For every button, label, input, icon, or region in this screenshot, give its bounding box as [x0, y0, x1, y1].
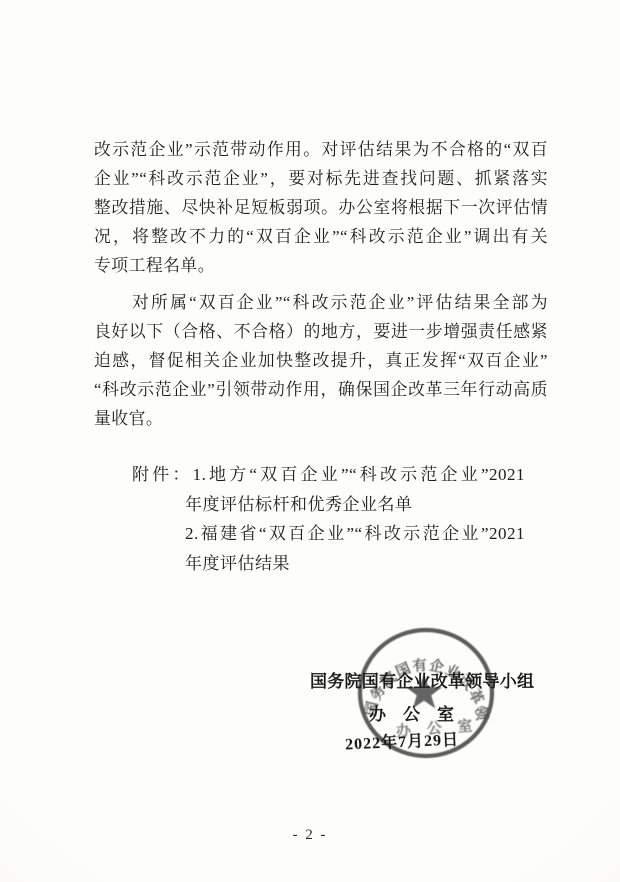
- body-line: 良好以下（合格、不合格）的地方，要进一步增强责任感紧: [94, 317, 548, 346]
- attachment-item-1: 附件：1.地方“双百企业”“科改示范企业”2021: [132, 460, 525, 490]
- attachment-item-1-cont: 年度评估标杆和优秀企业名单: [132, 490, 525, 520]
- body-line: 对所属“双百企业”“科改示范企业”评估结果全部为: [94, 288, 548, 317]
- attachment-item-2: 2.福建省“双百企业”“科改示范企业”2021: [132, 519, 525, 549]
- attachment-item-text: 1.地方“双百企业”“科改示范企业”2021: [193, 465, 525, 484]
- body-line: 改示范企业”示范带动作用。对评估结果为不合格的“双百: [94, 135, 548, 164]
- attachment-block: 附件：1.地方“双百企业”“科改示范企业”2021 年度评估标杆和优秀企业名单 …: [132, 460, 525, 578]
- body-line: 迫感，督促相关企业加快整改提升，真正发挥“双百企业”: [94, 346, 548, 375]
- body-paragraph-1: 改示范企业”示范带动作用。对评估结果为不合格的“双百 企业”“科改示范企业”，要…: [94, 135, 548, 280]
- signature-office: 办 公 室: [369, 700, 454, 725]
- body-line: 专项工程名单。: [94, 251, 548, 280]
- body-line: 企业”“科改示范企业”，要对标先进查找问题、抓紧落实: [94, 164, 548, 193]
- page-number: - 2 -: [0, 827, 620, 844]
- document-page: 改示范企业”示范带动作用。对评估结果为不合格的“双百 企业”“科改示范企业”，要…: [0, 0, 620, 882]
- attachment-item-2-cont: 年度评估结果: [132, 549, 525, 579]
- body-line: “科改示范企业”引领带动作用，确保国企改革三年行动高质: [94, 375, 548, 404]
- body-line: 量收官。: [94, 404, 548, 433]
- body-line: 况，将整改不力的“双百企业”“科改示范企业”调出有关: [94, 222, 548, 251]
- body-line: 整改措施、尽快补足短板弱项。办公室将根据下一次评估情: [94, 193, 548, 222]
- signature-org: 国务院国有企业改革领导小组: [310, 672, 534, 692]
- attachment-label: 附件：: [132, 465, 193, 484]
- body-paragraph-2: 对所属“双百企业”“科改示范企业”评估结果全部为 良好以下（合格、不合格）的地方…: [94, 288, 548, 433]
